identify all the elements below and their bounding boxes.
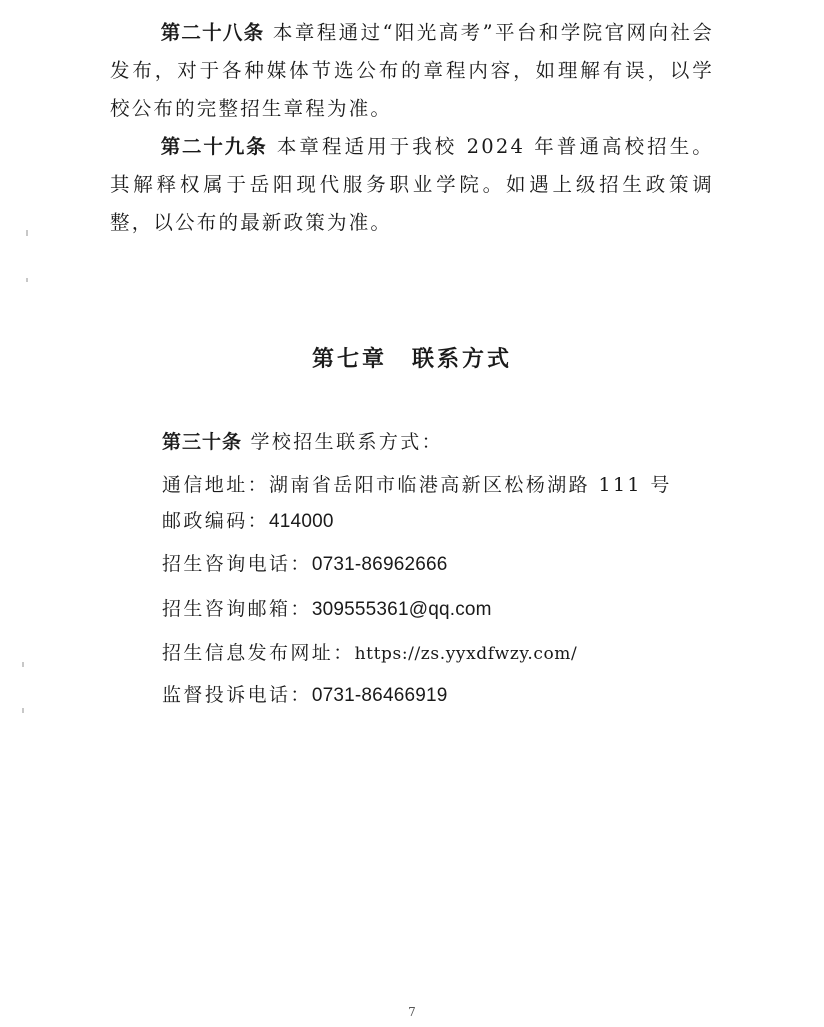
email-line: 招生咨询邮箱：309555361@qq.com (162, 594, 492, 621)
article-number: 第三十条 (162, 431, 242, 453)
website-label: 招生信息发布网址： (162, 642, 355, 664)
article-28: 第二十八条 本章程通过“阳光高考”平台和学院官网向社会发布，对于各种媒体节选公布… (110, 14, 714, 128)
phone-line: 招生咨询电话：0731-86962666 (162, 549, 448, 576)
email-value: 309555361@qq.com (312, 599, 492, 620)
document-page: 第二十八条 本章程通过“阳光高考”平台和学院官网向社会发布，对于各种媒体节选公布… (0, 0, 824, 1027)
article-29: 第二十九条 本章程适用于我校 2024 年普通高校招生。其解释权属于岳阳现代服务… (110, 128, 714, 242)
complaint-label: 监督投诉电话： (162, 684, 312, 706)
article-number: 第二十九条 (161, 135, 268, 158)
chapter-title: 第七章 联系方式 (0, 342, 824, 373)
postcode-value: 414000 (269, 511, 334, 532)
article-number: 第二十八条 (161, 21, 265, 44)
scan-artifact (22, 708, 24, 713)
article-title: 学校招生联系方式： (250, 431, 443, 453)
phone-label: 招生咨询电话： (162, 553, 312, 575)
postcode-line: 邮政编码：414000 (162, 506, 334, 533)
scan-artifact (26, 230, 28, 236)
scan-artifact (22, 662, 24, 667)
scan-artifact (26, 278, 28, 282)
website-value: https://zs.yyxdfwzy.com/ (355, 644, 578, 664)
address-value: 湖南省岳阳市临港高新区松杨湖路 111 号 (269, 474, 672, 496)
complaint-value: 0731-86466919 (312, 685, 448, 706)
email-label: 招生咨询邮箱： (162, 598, 312, 620)
postcode-label: 邮政编码： (162, 510, 269, 532)
website-line: 招生信息发布网址：https://zs.yyxdfwzy.com/ (162, 638, 577, 665)
phone-value: 0731-86962666 (312, 554, 448, 575)
page-number: 7 (0, 1005, 824, 1019)
address-label: 通信地址： (162, 474, 269, 496)
contact-article-heading: 第三十条 学校招生联系方式： (162, 427, 443, 454)
complaint-line: 监督投诉电话：0731-86466919 (162, 680, 448, 707)
address-line: 通信地址：湖南省岳阳市临港高新区松杨湖路 111 号 (162, 470, 672, 497)
